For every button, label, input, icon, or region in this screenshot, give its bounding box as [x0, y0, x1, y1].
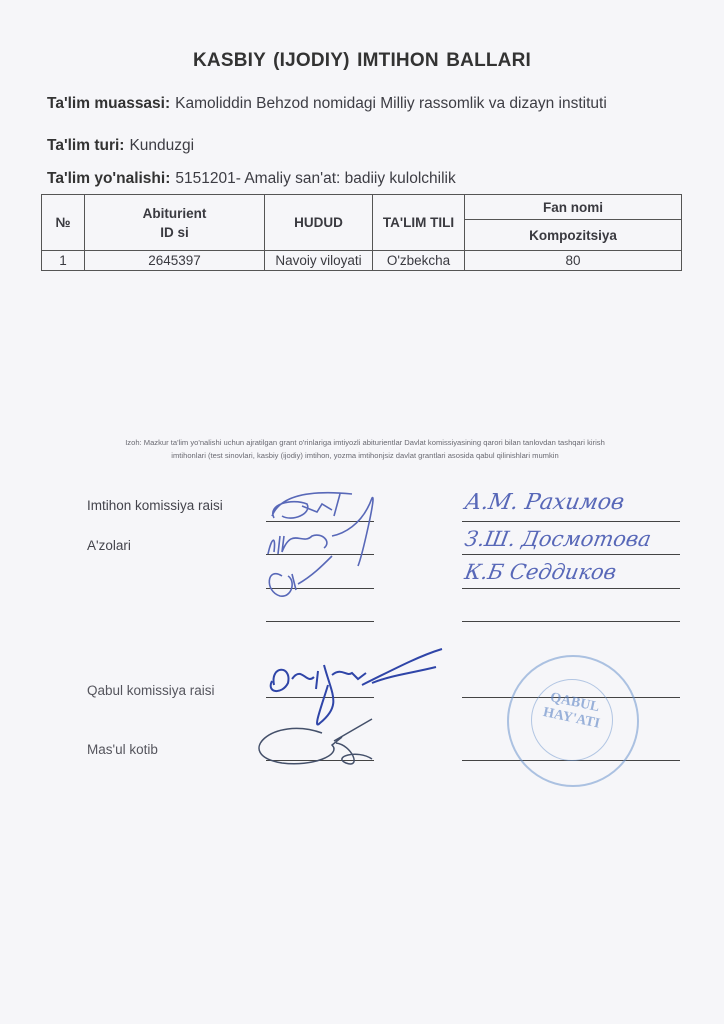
label-admission-commission-chair: Qabul komissiya raisi — [87, 683, 215, 698]
field-value: 5151201- Amaliy san'at: badiiy kulolchil… — [175, 170, 455, 187]
header-no: № — [42, 195, 85, 251]
name-line — [462, 521, 680, 522]
name-line — [462, 554, 680, 555]
header-subject: Kompozitsiya — [465, 220, 682, 251]
header-subject-group: Fan nomi — [465, 195, 682, 220]
field-label: Ta'lim turi: — [47, 137, 124, 154]
label-members: A'zolari — [87, 538, 131, 553]
cell-language: O'zbekcha — [373, 251, 465, 271]
signature-admission-icon — [262, 645, 462, 775]
cell-score: 80 — [465, 251, 682, 271]
field-value: Kunduzgi — [129, 137, 194, 154]
header-applicant-id: Abiturient ID si — [85, 195, 265, 251]
signature-chair-icon — [262, 486, 382, 606]
field-institution: Ta'lim muassasi:Kamoliddin Behzod nomida… — [47, 95, 607, 113]
handwritten-name-1: А.М. Рахимов — [463, 490, 626, 515]
stamp-icon: QABUL HAY'ATI — [507, 655, 639, 787]
note: Izoh: Mazkur ta'lim yo'nalishi uchun ajr… — [40, 436, 690, 462]
header-region: HUDUD — [265, 195, 373, 251]
header-applicant-id-line1: Abiturient — [85, 206, 264, 221]
note-line-1: Izoh: Mazkur ta'lim yo'nalishi uchun ajr… — [40, 436, 690, 449]
name-line — [462, 621, 680, 622]
handwritten-name-3: К.Б Седдиков — [463, 560, 618, 584]
header-language: TA'LIM TILI — [373, 195, 465, 251]
field-specialty: Ta'lim yo'nalishi:5151201- Amaliy san'at… — [47, 170, 456, 188]
note-line-2: imtihonlari (test sinovlari, kasbiy (ijo… — [40, 449, 690, 462]
label-exam-commission-chair: Imtihon komissiya raisi — [87, 498, 223, 513]
name-line — [462, 588, 680, 589]
signature-line — [266, 621, 374, 622]
results-table: № Abiturient ID si HUDUD TA'LIM TILI Fan… — [41, 194, 682, 271]
field-value: Kamoliddin Behzod nomidagi Milliy rassom… — [175, 95, 607, 112]
cell-applicant-id: 2645397 — [85, 251, 265, 271]
cell-region: Navoiy viloyati — [265, 251, 373, 271]
cell-no: 1 — [42, 251, 85, 271]
field-label: Ta'lim yo'nalishi: — [47, 170, 170, 187]
document-title: KASBIY (IJODIY) IMTIHON BALLARI — [0, 50, 724, 72]
header-applicant-id-line2: ID si — [85, 225, 264, 240]
field-study-form: Ta'lim turi:Kunduzgi — [47, 137, 194, 155]
field-label: Ta'lim muassasi: — [47, 95, 170, 112]
table-row: 1 2645397 Navoiy viloyati O'zbekcha 80 — [42, 251, 682, 271]
label-secretary: Mas'ul kotib — [87, 742, 158, 757]
handwritten-name-2: З.Ш. Досмотова — [463, 527, 653, 551]
